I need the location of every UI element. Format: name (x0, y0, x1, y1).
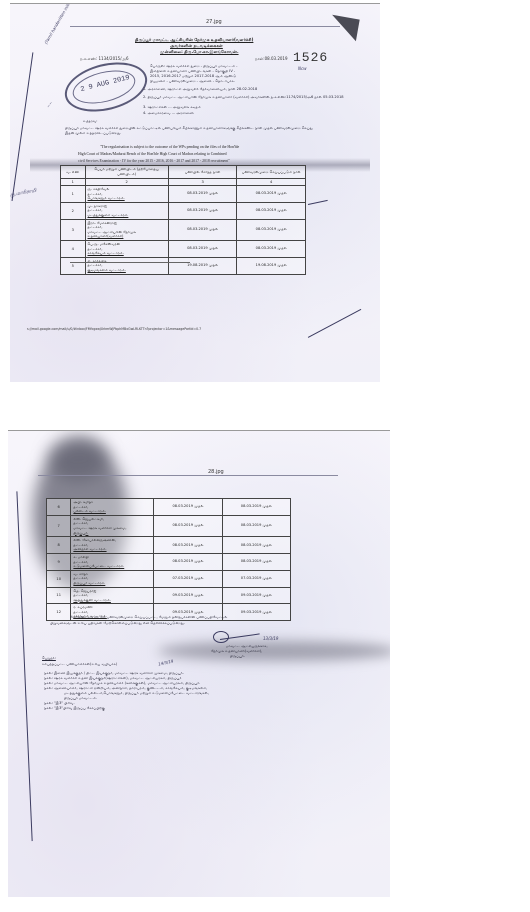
name-line: பொங்கலூர் வட்டாரம். (88, 196, 166, 201)
scan-smudge-3 (158, 641, 390, 661)
joining-date: 08.03.2019 முதல் (168, 186, 237, 203)
table-row: 1ரு. சக்திவேல்தட்டச்சர்,பொங்கலூர் வட்டார… (61, 186, 306, 203)
serial-number: 7 (47, 515, 71, 536)
reference-2: 2. திருப்பூர் மாவட்ட ஆட்சியரின் நேர்முக … (143, 95, 344, 100)
name-line: திருப்பூர் வட்டாரம். (73, 581, 151, 586)
serial-number: 9 (47, 553, 71, 570)
table-row: 4பெ.ரு. மகேஸ்வரன்தட்டச்சர்,காங்கேயம் வட்… (61, 240, 306, 257)
joining-date: 08.03.2019 முதல் (154, 537, 222, 554)
stamp-handwritten-note: Ncw (298, 66, 306, 71)
table-row: 5சி. கார்த்திக்,தட்டச்சர்,குடிமங்கலம் வட… (61, 257, 306, 274)
table-row: 11தெ. ஜெயராஜ்தட்டச்சர்,ஊத்துக்குளி வட்டா… (47, 587, 291, 604)
reference-3: 3. ஊராட்சிகள் ... அலுவலக கடிதம் (143, 105, 201, 110)
name-line: உதவியாளர்(வளர்ச்சி) (88, 234, 166, 239)
closing-paragraph-line-1: மேற்கண்டவர் விபரம் பணிவரன்முறை செய்யப்பட… (70, 615, 227, 620)
joining-date: 08.03.2019 முதல் (154, 499, 222, 516)
copy-line-8: நகல்: "இ3"பிரிவு இருப்பு கோப்பிற்கு (44, 706, 105, 711)
column-number: 1 (61, 179, 86, 186)
header-rule (70, 26, 340, 27)
subject-line-4: நியமனம் - பணிவரன்முறை - ஆணை - தொடர்பாக. (150, 79, 235, 84)
english-note-line-2: High Court of Madras/Madurai Bench of th… (78, 152, 227, 156)
serial-number: 4 (61, 240, 86, 257)
signature-stroke-2 (213, 631, 229, 643)
name-line: பல்லடம் வட்டாரம். (73, 509, 151, 514)
regularisation-date: 19.08.2019 முதல் (237, 257, 306, 274)
joining-date: 09.03.2019 முதல் (154, 587, 222, 604)
column-header: பணியில் சேர்ந்த நாள் (168, 166, 237, 179)
regularisation-date: 08.03.2019 முதல் (237, 240, 306, 257)
regularisation-date: 08.03.2019 முதல் (222, 515, 290, 536)
joining-date: 08.03.2019 முதல் (154, 515, 222, 536)
employee-name-post: பெ.ரு. மகேஸ்வரன்தட்டச்சர்,காங்கேயம் வட்ட… (85, 240, 168, 257)
name-line: உடுமலைப்பேட்டை வட்டாரம். (73, 564, 151, 569)
employee-name-post: எஸ். கோபாலகிருஷ்ணன்,தட்டச்சர்,அவிநாசி வட… (71, 537, 154, 554)
order-label: உத்தரவு: (83, 119, 97, 124)
regularisation-date: 09.03.2019 முதல் (222, 587, 290, 604)
serial-number: 12 (47, 604, 71, 621)
reference-1: 1. அரசாணை, ஊராட்சி அலுவலர் தேர்வாணையம், … (143, 87, 257, 92)
joining-date: 08.03.2019 முதல் (168, 202, 237, 219)
name-line: மடத்துக்குளம் வட்டாரம். (88, 213, 166, 218)
employee-name-post: எஸ். ஜெயலட்சுமி,தட்டச்சர்,மாவட்ட ஊரக வளர… (71, 515, 154, 536)
serial-number: 10 (47, 570, 71, 587)
employee-name-post: இரா. மோகன்ராஜ்தட்டச்சர்,மாவட்ட ஆட்சியரின… (85, 219, 168, 240)
employee-name-post: ரு. சக்திவேல்தட்டச்சர்,பொங்கலூர் வட்டாரம… (85, 186, 168, 203)
column-header: வ. எண் (61, 166, 86, 179)
column-header: பெயர் மற்றும் பணியிடம் (தற்போதைய பணியிடம… (85, 166, 168, 179)
employee-name-post: சி. கார்த்திக்,தட்டச்சர்,குடிமங்கலம் வட்… (85, 257, 168, 274)
name-line: காங்கேயம் வட்டாரம். (88, 251, 166, 256)
signature-line-3: திருப்பூர். (230, 654, 245, 659)
regularisation-date: 08.03.2019 முதல் (222, 553, 290, 570)
table-row: 3இரா. மோகன்ராஜ்தட்டச்சர்,மாவட்ட ஆட்சியரி… (61, 219, 306, 240)
joining-date: 19.08.2019 முதல் (168, 257, 237, 274)
employee-name-post: தெ. ஜெயராஜ்தட்டச்சர்,ஊத்துக்குளி வட்டாரம… (71, 587, 154, 604)
regularisation-date: 08.03.2019 முதல் (237, 219, 306, 240)
regularisation-date: 07.03.2019 முதல் (222, 570, 290, 587)
serial-number: 8 (47, 537, 71, 554)
serial-number: 3 (61, 219, 86, 240)
letter-date: நாள்:08.03.2019 (255, 56, 288, 62)
employee-name-post: சு. மாலதிதட்டச்சர்,உடுமலைப்பேட்டை வட்டார… (71, 553, 154, 570)
column-number-row: 1234 (61, 179, 306, 186)
column-number: 4 (237, 179, 306, 186)
serial-number: 11 (47, 587, 71, 604)
serial-number: 2 (61, 202, 86, 219)
name-line: திருப்பூர். (73, 531, 151, 536)
table-row: 8எஸ். கோபாலகிருஷ்ணன்,தட்டச்சர்,அவிநாசி வ… (47, 537, 291, 554)
recipient: சம்பந்தப்பட்ட பணியாளர்கள்(உரிய வழியாக) (42, 662, 117, 667)
column-header: பணிவரன்முறை செய்யப்படும் நாள் (237, 166, 306, 179)
regularisation-date: 08.03.2019 முதல் (222, 499, 290, 516)
table-row: 6அபி. சுமிதாதட்டச்சர்,பல்லடம் வட்டாரம்.0… (47, 499, 291, 516)
name-line: ஊத்துக்குளி வட்டாரம். (73, 598, 151, 603)
regularisation-date: 09.03.2019 முதல் (222, 604, 290, 621)
regularisation-date: 08.03.2019 முதல் (237, 202, 306, 219)
header-rule (38, 475, 338, 476)
footer-line (70, 262, 190, 263)
folded-corner (328, 15, 359, 42)
regularisation-date: 08.03.2019 முதல் (222, 537, 290, 554)
english-note-line-1: "The regularisation is subject to the ou… (100, 145, 239, 149)
serial-number: 1 (61, 186, 86, 203)
reference-4: 4. அமைச்சரவை ... அரசாணை (143, 111, 194, 116)
table-header-row: வ. எண்பெயர் மற்றும் பணியிடம் (தற்போதைய ப… (61, 166, 306, 179)
closing-paragraph-line-2: பிறுவனகளுடன் உரிய பதிவுகள் மேற்கொள்ளப்பட… (50, 621, 185, 626)
joining-date: 07.03.2019 முதல் (154, 570, 222, 587)
name-line: அவிநாசி வட்டாரம். (73, 547, 151, 552)
table-row: 10வ. சரிதாதட்டச்சர்,திருப்பூர் வட்டாரம்.… (47, 570, 291, 587)
regularisation-date: 08.03.2019 முதல் (237, 186, 306, 203)
header-line-3: முன்னிலை: திரு.போ.கா.இளங்கோவன். (160, 49, 239, 55)
column-number: 2 (85, 179, 168, 186)
reference-number: ந.க.எண்: 1134/2015/அ6 (80, 56, 129, 62)
employee-name-post: அபி. சுமிதாதட்டச்சர்,பல்லடம் வட்டாரம். (71, 499, 154, 516)
inward-stamp-number: 1526 (293, 50, 328, 65)
name-line: குடிமங்கலம் வட்டாரம். (88, 268, 166, 273)
document-page-2: 28.jpg 6அபி. சுமிதாதட்டச்சர்,பல்லடம் வட்… (8, 430, 390, 897)
order-paragraph: திருப்பூர் மாவட்ட ஊரக வளர்ச்சி துறையின் … (65, 126, 320, 136)
regularisation-table-part-1: வ. எண்பெயர் மற்றும் பணியிடம் (தற்போதைய ப… (60, 165, 306, 275)
joining-date: 08.03.2019 முதல் (168, 219, 237, 240)
regularisation-table-part-2: 6அபி. சுமிதாதட்டச்சர்,பல்லடம் வட்டாரம்.0… (46, 498, 291, 621)
table-row: 2மு. நாகராஜ்தட்டச்சர்,மடத்துக்குளம் வட்ட… (61, 202, 306, 219)
serial-number: 5 (61, 257, 86, 274)
page-filename: 27.jpg (206, 19, 222, 25)
document-page-1: (Tamil handwritten initials) 27.jpg திரு… (10, 3, 380, 382)
signature-date: 13/3/19 (263, 636, 278, 641)
footer-url: s://mail.google.com/mail/u/0/#inbox/FMfc… (27, 327, 201, 331)
table-row: 9சு. மாலதிதட்டச்சர்,உடுமலைப்பேட்டை வட்டா… (47, 553, 291, 570)
table-row: 7எஸ். ஜெயலட்சுமி,தட்டச்சர்,மாவட்ட ஊரக வள… (47, 515, 291, 536)
joining-date: 08.03.2019 முதல் (154, 553, 222, 570)
employee-name-post: மு. நாகராஜ்தட்டச்சர்,மடத்துக்குளம் வட்டா… (85, 202, 168, 219)
joining-date: 08.03.2019 முதல் (168, 240, 237, 257)
serial-number: 6 (47, 499, 71, 516)
recipient-label: பெறுநர்: (42, 656, 56, 661)
column-number: 3 (168, 179, 237, 186)
employee-name-post: வ. சரிதாதட்டச்சர்,திருப்பூர் வட்டாரம். (71, 570, 154, 587)
